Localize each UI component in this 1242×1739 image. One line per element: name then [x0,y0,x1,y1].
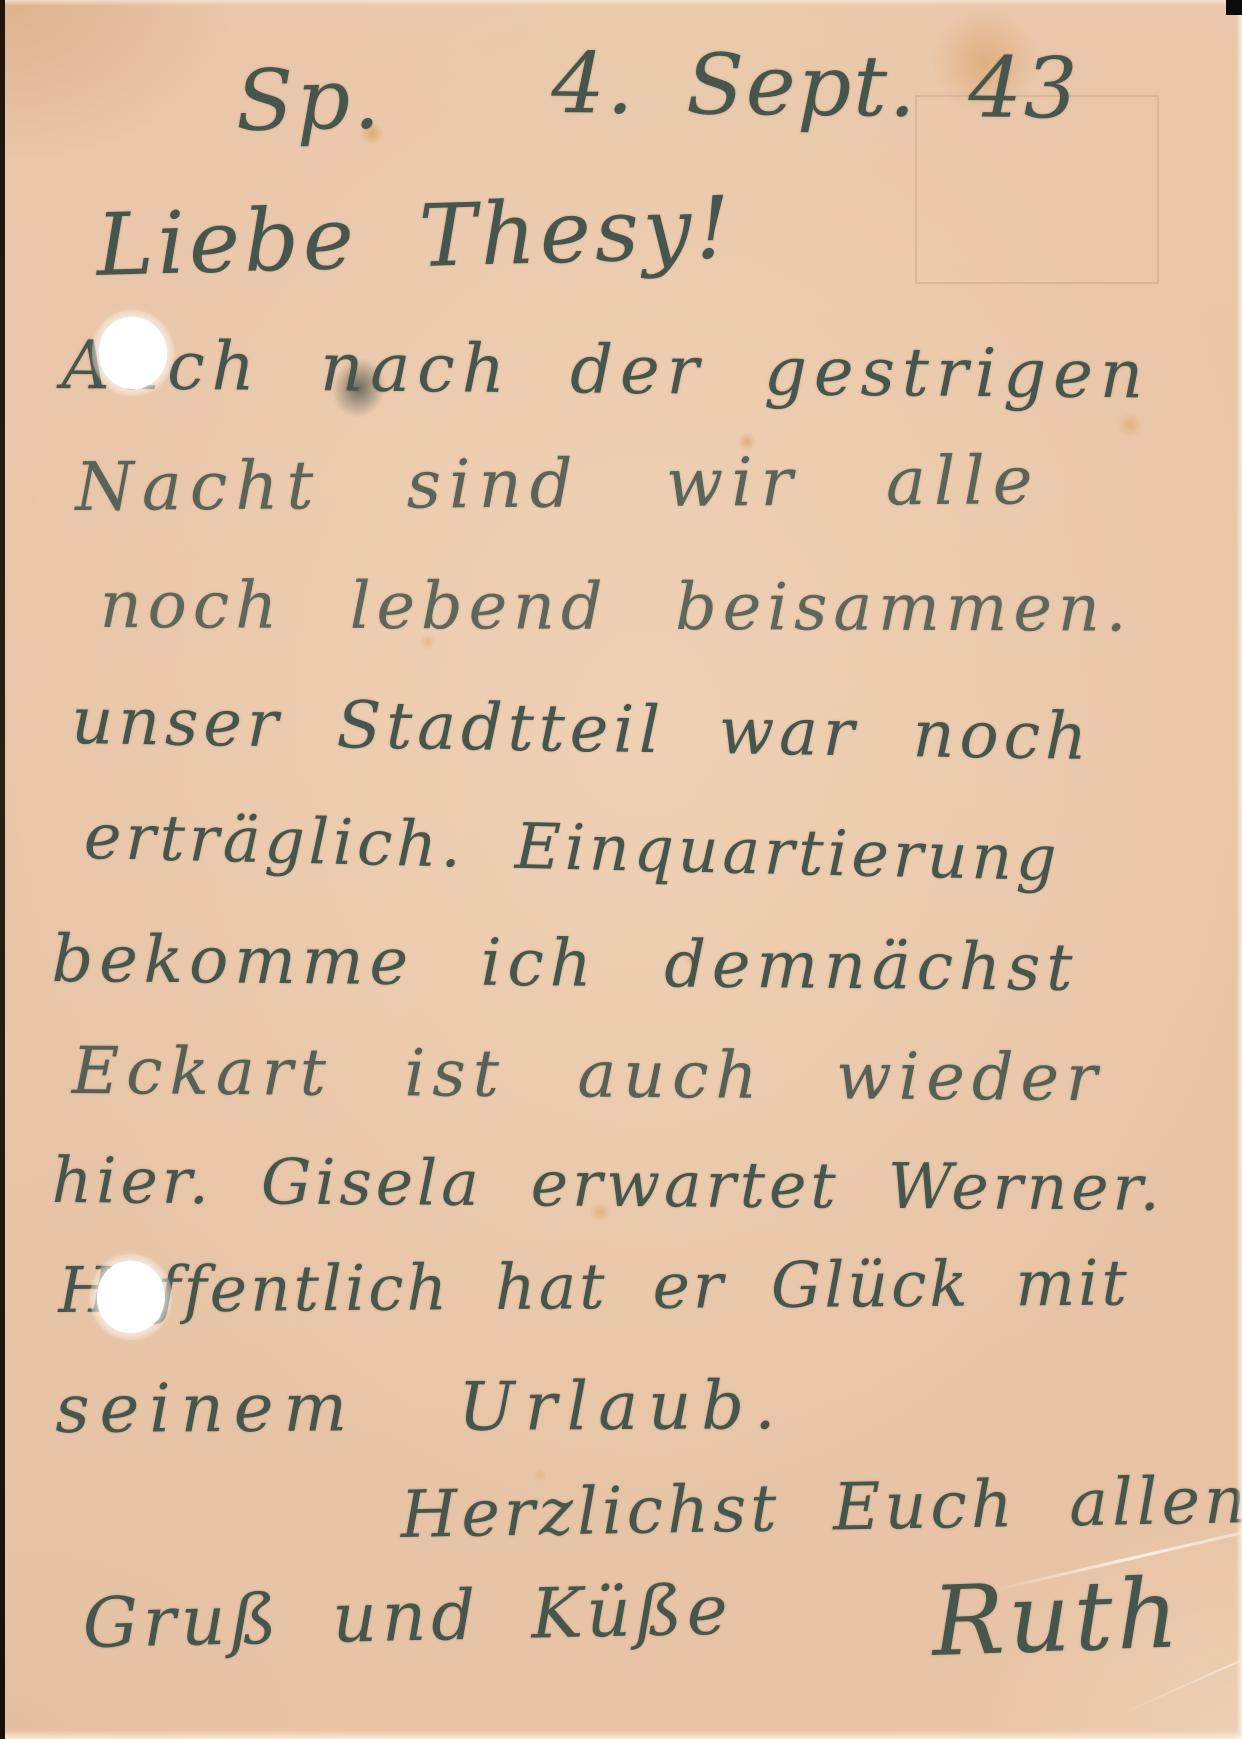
farewell-line: Gruß und Küße [82,1570,733,1664]
place-abbreviation: Sp. [235,49,384,150]
letter-line: noch lebend beisammen. [100,568,1133,647]
scanner-corner-top-right [1226,0,1242,15]
postcard-scan: Sp. 4. Sept. 43 Liebe Thesy! Auch nach d… [0,0,1242,1739]
letter-line: Eckart ist auch wieder [71,1034,1104,1116]
letter-line: seinem Urlaub. [55,1366,786,1448]
letter-line: hier. Gisela erwartet Werner. [51,1144,1164,1225]
letter-line: bekomme ich demnächst [51,922,1078,1006]
paper-edge-bottom [0,1730,1242,1739]
paper-edge-right [1236,0,1242,1739]
closing-line: Herzlichst Euch allen [400,1463,1242,1553]
letter-line: erträglich. Einquartierung [83,800,1061,895]
punch-hole-top [99,317,167,389]
scanner-edge-left [0,0,5,1739]
letter-line: Auch nach der gestrigen [61,326,1150,413]
letter-line: unser Stadtteil war noch [71,684,1093,775]
salutation: Liebe Thesy! [95,178,735,296]
date-line: 4. Sept. 43 [551,34,1080,138]
letter-line: Nacht sind wir alle [75,441,1041,526]
letter-line: Hoffentlich hat er Glück mit [58,1247,1130,1327]
paper-edge-top [0,0,1242,6]
